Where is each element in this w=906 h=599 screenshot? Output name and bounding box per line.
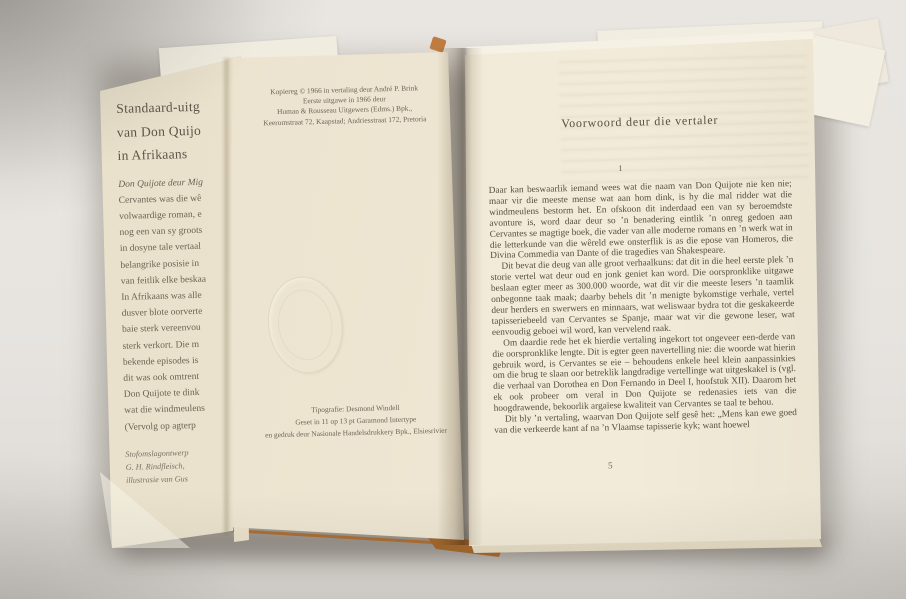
flap-title-line: Standaard-uitg <box>116 94 230 120</box>
foreword-body: Daar kan beswaarlik iemand wees wat die … <box>489 179 798 437</box>
flap-title-line: van Don Quijo <box>117 118 231 144</box>
section-number: 1 <box>618 163 622 173</box>
flap-blurb: Don Quijote deur Mig Cervantes was die w… <box>118 174 238 436</box>
printer-colophon-block: Tipografie: Desmond Windell Geset in 11 … <box>251 400 460 441</box>
flap-text-block: Standaard-uitg van Don Quijo in Afrikaan… <box>116 94 239 487</box>
imprint-block: Kopiereg © 1966 in vertaling deur André … <box>240 83 449 129</box>
book-photo: Standaard-uitg van Don Quijo in Afrikaan… <box>0 0 906 599</box>
foreword-paragraph: Dit bevat die deug van alle groot verhaa… <box>490 255 795 338</box>
embossed-stamp-inner-ring <box>273 286 337 364</box>
foreword-paragraph: Om daardie rede het ek hierdie vertaling… <box>492 332 797 415</box>
foreword-paragraph: Daar kan beswaarlik iemand wees wat die … <box>489 179 794 262</box>
right-page-text-block: Voorwoord deur die vertaler 1 Daar kan b… <box>487 107 816 494</box>
flap-title-line: in Afrikaans <box>117 141 231 167</box>
flap-title: Standaard-uitg van Don Quijo in Afrikaan… <box>116 94 231 167</box>
embossed-stamp <box>261 271 349 378</box>
flap-body-line: (Vervolg op agterp <box>124 416 237 435</box>
flap-colophon: Stofomslagontwerp G. H. Rindfleisch, ill… <box>125 445 239 487</box>
foreword-heading: Voorwoord deur die vertaler <box>561 113 718 132</box>
left-page-text-block: Kopiereg © 1966 in vertaling deur André … <box>240 82 470 488</box>
page-number: 5 <box>608 460 613 470</box>
